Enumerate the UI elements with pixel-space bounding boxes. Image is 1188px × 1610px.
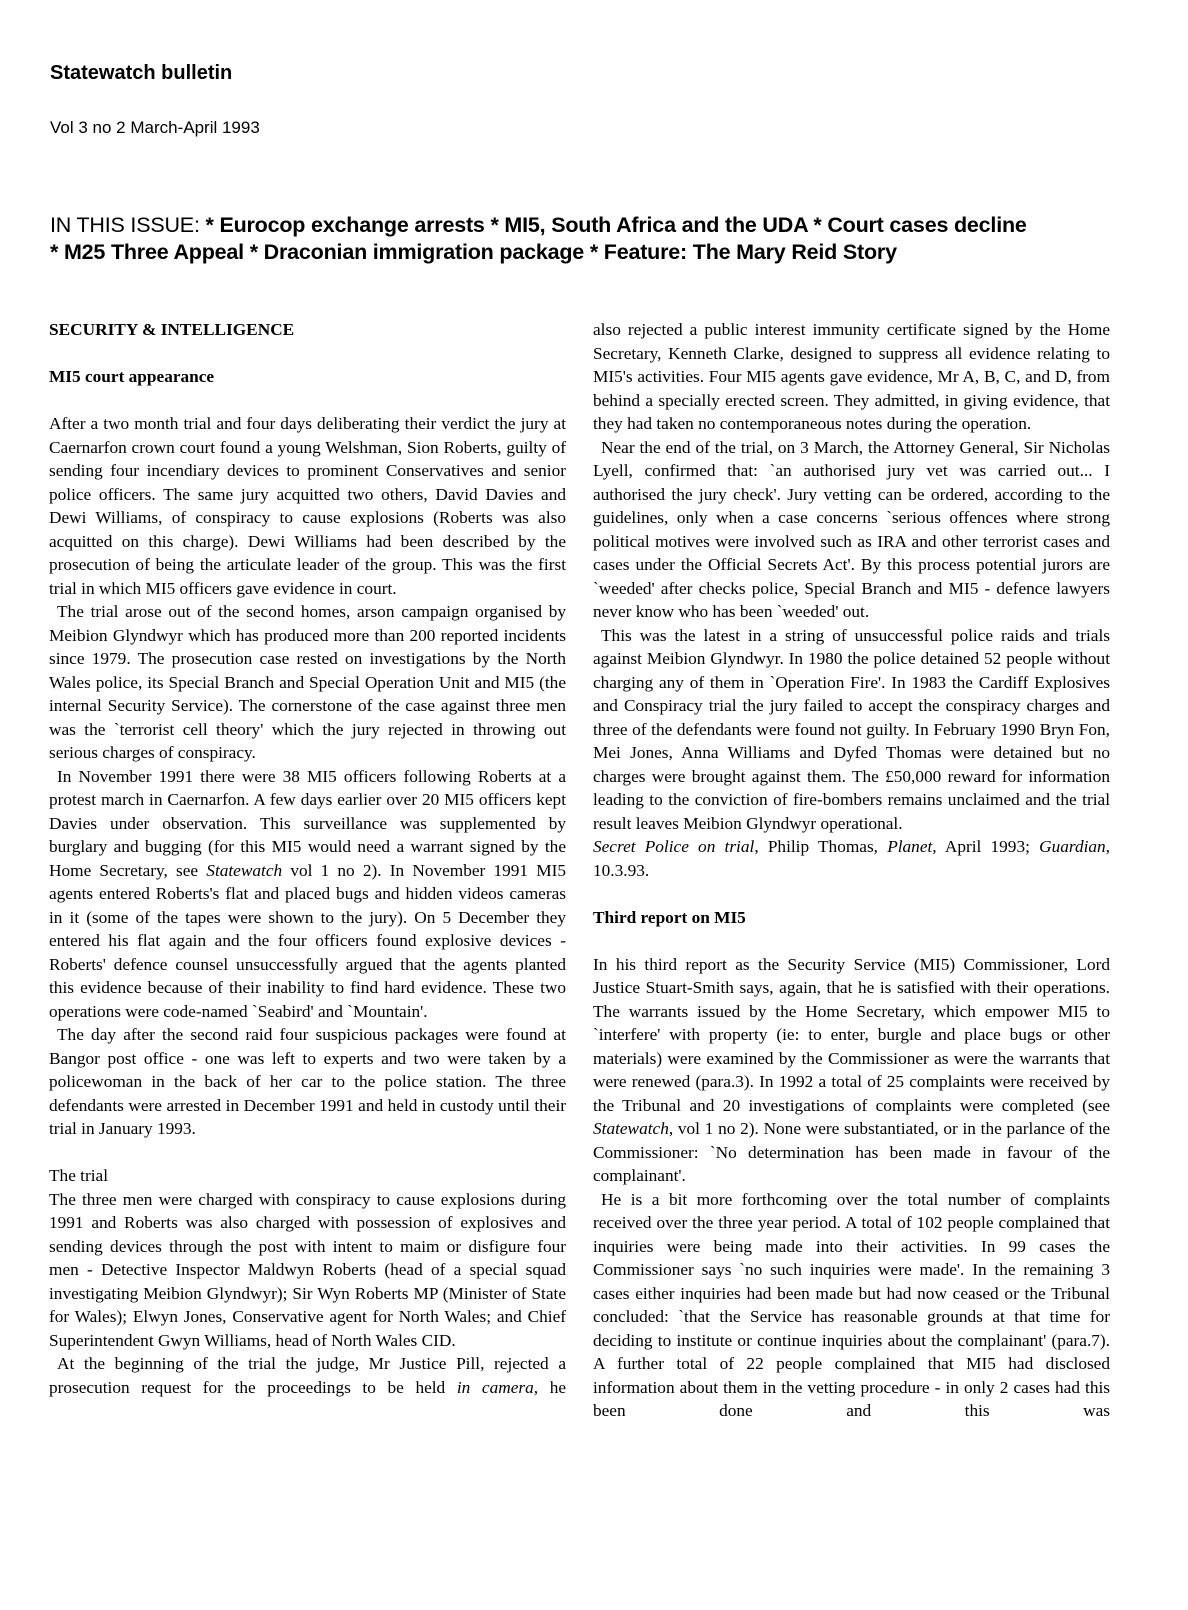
paragraph: In November 1991 there were 38 MI5 offic… (49, 765, 566, 1024)
contents-item: * M25 Three Appeal (50, 240, 244, 264)
paragraph: After a two month trial and four days de… (49, 412, 566, 600)
paragraph: Near the end of the trial, on 3 March, t… (593, 436, 1110, 624)
paragraph: At the beginning of the trial the judge,… (49, 1352, 566, 1399)
contents-label: IN THIS ISSUE: (50, 213, 206, 237)
paragraph: also rejected a public interest immunity… (593, 318, 1110, 436)
contents-item: * Draconian immigration package (244, 240, 584, 264)
paragraph: The trial arose out of the second homes,… (49, 600, 566, 765)
left-column: SECURITY & INTELLIGENCE MI5 court appear… (49, 318, 566, 1399)
paragraph: The day after the second raid four suspi… (49, 1023, 566, 1141)
contents-item: * MI5, South Africa and the UDA (485, 213, 808, 237)
masthead-title: Statewatch bulletin (50, 62, 232, 85)
paragraph: The three men were charged with conspira… (49, 1188, 566, 1353)
paragraph: He is a bit more forthcoming over the to… (593, 1188, 1110, 1423)
text: vol 1 no 2). In November 1991 MI5 agents… (49, 861, 566, 1021)
paragraph: This was the latest in a string of unsuc… (593, 624, 1110, 836)
right-column: also rejected a public interest immunity… (593, 318, 1110, 1423)
subheading: The trial (49, 1164, 566, 1188)
text: In his third report as the Security Serv… (593, 955, 1110, 1115)
section-heading: SECURITY & INTELLIGENCE (49, 318, 566, 342)
text: , Philip Thomas, (754, 837, 887, 856)
contents-item: * Eurocop exchange arrests (206, 213, 485, 237)
contents-item: * Court cases decline (808, 213, 1027, 237)
in-this-issue: IN THIS ISSUE: * Eurocop exchange arrest… (50, 212, 1150, 266)
contents-item: * Feature: The Mary Reid Story (584, 240, 897, 264)
publication-name: Statewatch, (593, 1119, 673, 1138)
source-newspaper: Guardian (1039, 837, 1106, 856)
masthead-issue: Vol 3 no 2 March-April 1993 (50, 118, 260, 138)
source-citation: Secret Police on trial, Philip Thomas, P… (593, 835, 1110, 882)
article-heading: MI5 court appearance (49, 365, 566, 389)
text: April 1993; (937, 837, 1039, 856)
latin-term: in camera (457, 1378, 534, 1397)
text: , he (534, 1378, 566, 1397)
publication-name: Statewatch (206, 861, 282, 880)
source-title: Secret Police on trial (593, 837, 754, 856)
article-heading: Third report on MI5 (593, 906, 1110, 930)
paragraph: In his third report as the Security Serv… (593, 953, 1110, 1188)
source-publication: Planet, (887, 837, 936, 856)
